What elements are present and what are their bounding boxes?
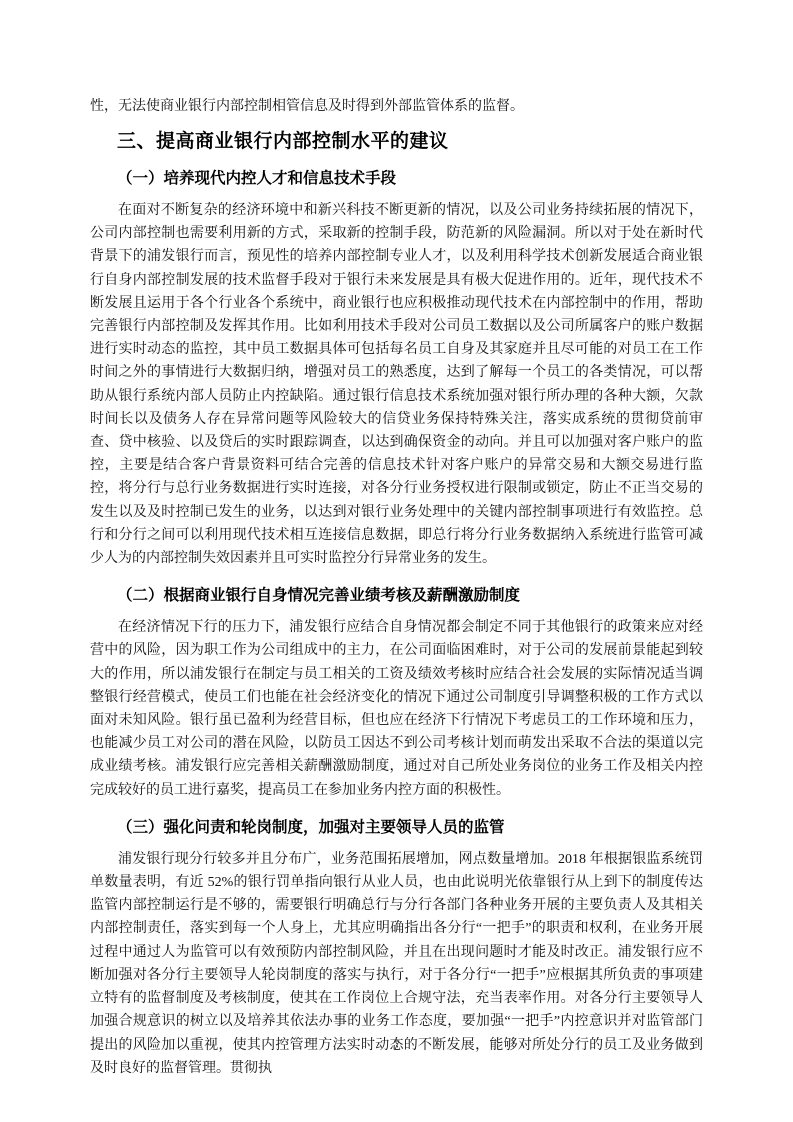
subsection-3-heading: （三）强化问责和轮岗制度，加强对主要领导人员的监管 [117,817,703,839]
page-content: 性，无法使商业银行内部控制相管信息及时得到外部监管体系的监督。 三、提高商业银行… [90,95,703,1080]
subsection-2-heading: （二）根据商业银行自身情况完善业绩考核及薪酬激励制度 [117,585,703,607]
section-heading: 三、提高商业银行内部控制水平的建议 [117,129,703,155]
subsection-1: （一）培养现代内控人才和信息技术手段 在面对不断复杂的经济环境中和新兴科技不断更… [90,168,703,570]
subsection-1-paragraph: 在面对不断复杂的经济环境中和新兴科技不断更新的情况，以及公司业务持续拓展的情况下… [90,199,703,570]
page-number: 7 [0,1037,793,1053]
subsection-2: （二）根据商业银行自身情况完善业绩考核及薪酬激励制度 在经济情况下行的压力下，浦… [90,585,703,802]
subsection-2-paragraph: 在经济情况下行的压力下，浦发银行应结合自身情况都会制定不同于其他银行的政策来应对… [90,616,703,802]
continuation-text: 性，无法使商业银行内部控制相管信息及时得到外部监管体系的监督。 [90,95,703,118]
document-page: 性，无法使商业银行内部控制相管信息及时得到外部监管体系的监督。 三、提高商业银行… [0,0,793,1122]
subsection-1-heading: （一）培养现代内控人才和信息技术手段 [117,168,703,190]
